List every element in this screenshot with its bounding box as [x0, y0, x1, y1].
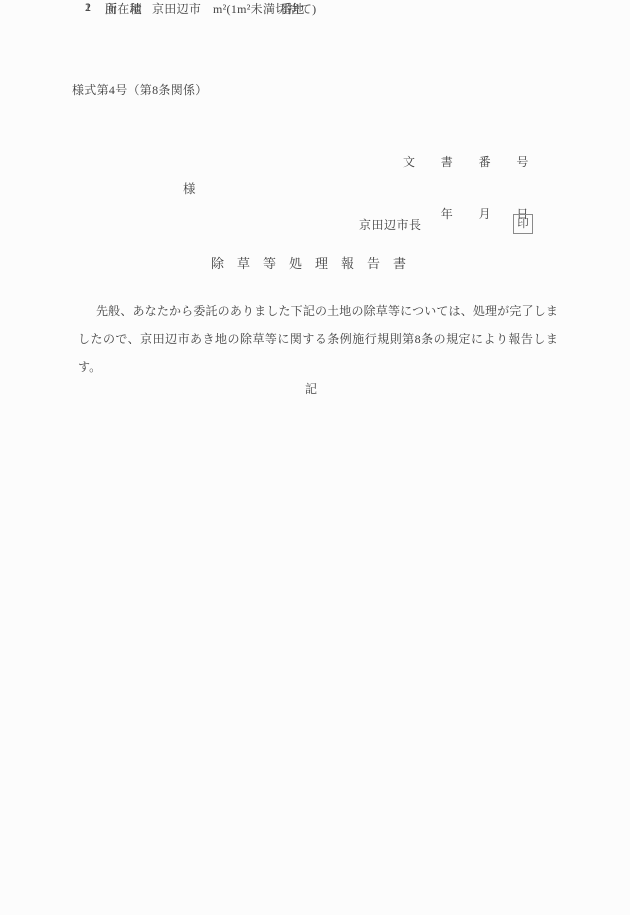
seal-box: 印	[513, 214, 533, 234]
body-line: 先般、あなたから委託のありました下記の土地の除草等については、処理が完了しま	[78, 297, 558, 325]
sender-title: 京田辺市長	[359, 216, 422, 233]
addressee-honorific: 様	[183, 179, 196, 197]
section-marker-ki: 記	[0, 380, 622, 397]
document-meta-block: 文 書 番 号 年 月 日	[403, 121, 529, 255]
item-suffix-sqm: m²(1m²未満切捨て)	[213, 0, 316, 17]
body-line: す。	[78, 353, 558, 381]
form-number: 様式第4号（第8条関係）	[72, 81, 208, 98]
document-title: 除 草 等 処 理 報 告 書	[0, 253, 617, 272]
body-paragraph: 先般、あなたから委託のありました下記の土地の除草等については、処理が完了しま し…	[78, 297, 558, 381]
body-line: したので、京田辺市あき地の除草等に関する条例施行規則第8条の規定により報告しま	[78, 325, 558, 353]
item-value-city: 京田辺市	[152, 0, 201, 17]
item-label-area: 面 積	[105, 0, 142, 17]
document-page: 様式第4号（第8条関係） 文 書 番 号 年 月 日 様 京田辺市長 印 除 草…	[0, 0, 630, 915]
doc-number-line: 文 書 番 号	[403, 151, 529, 173]
item-number: 2	[85, 0, 91, 15]
seal-mark: 印	[517, 218, 529, 230]
